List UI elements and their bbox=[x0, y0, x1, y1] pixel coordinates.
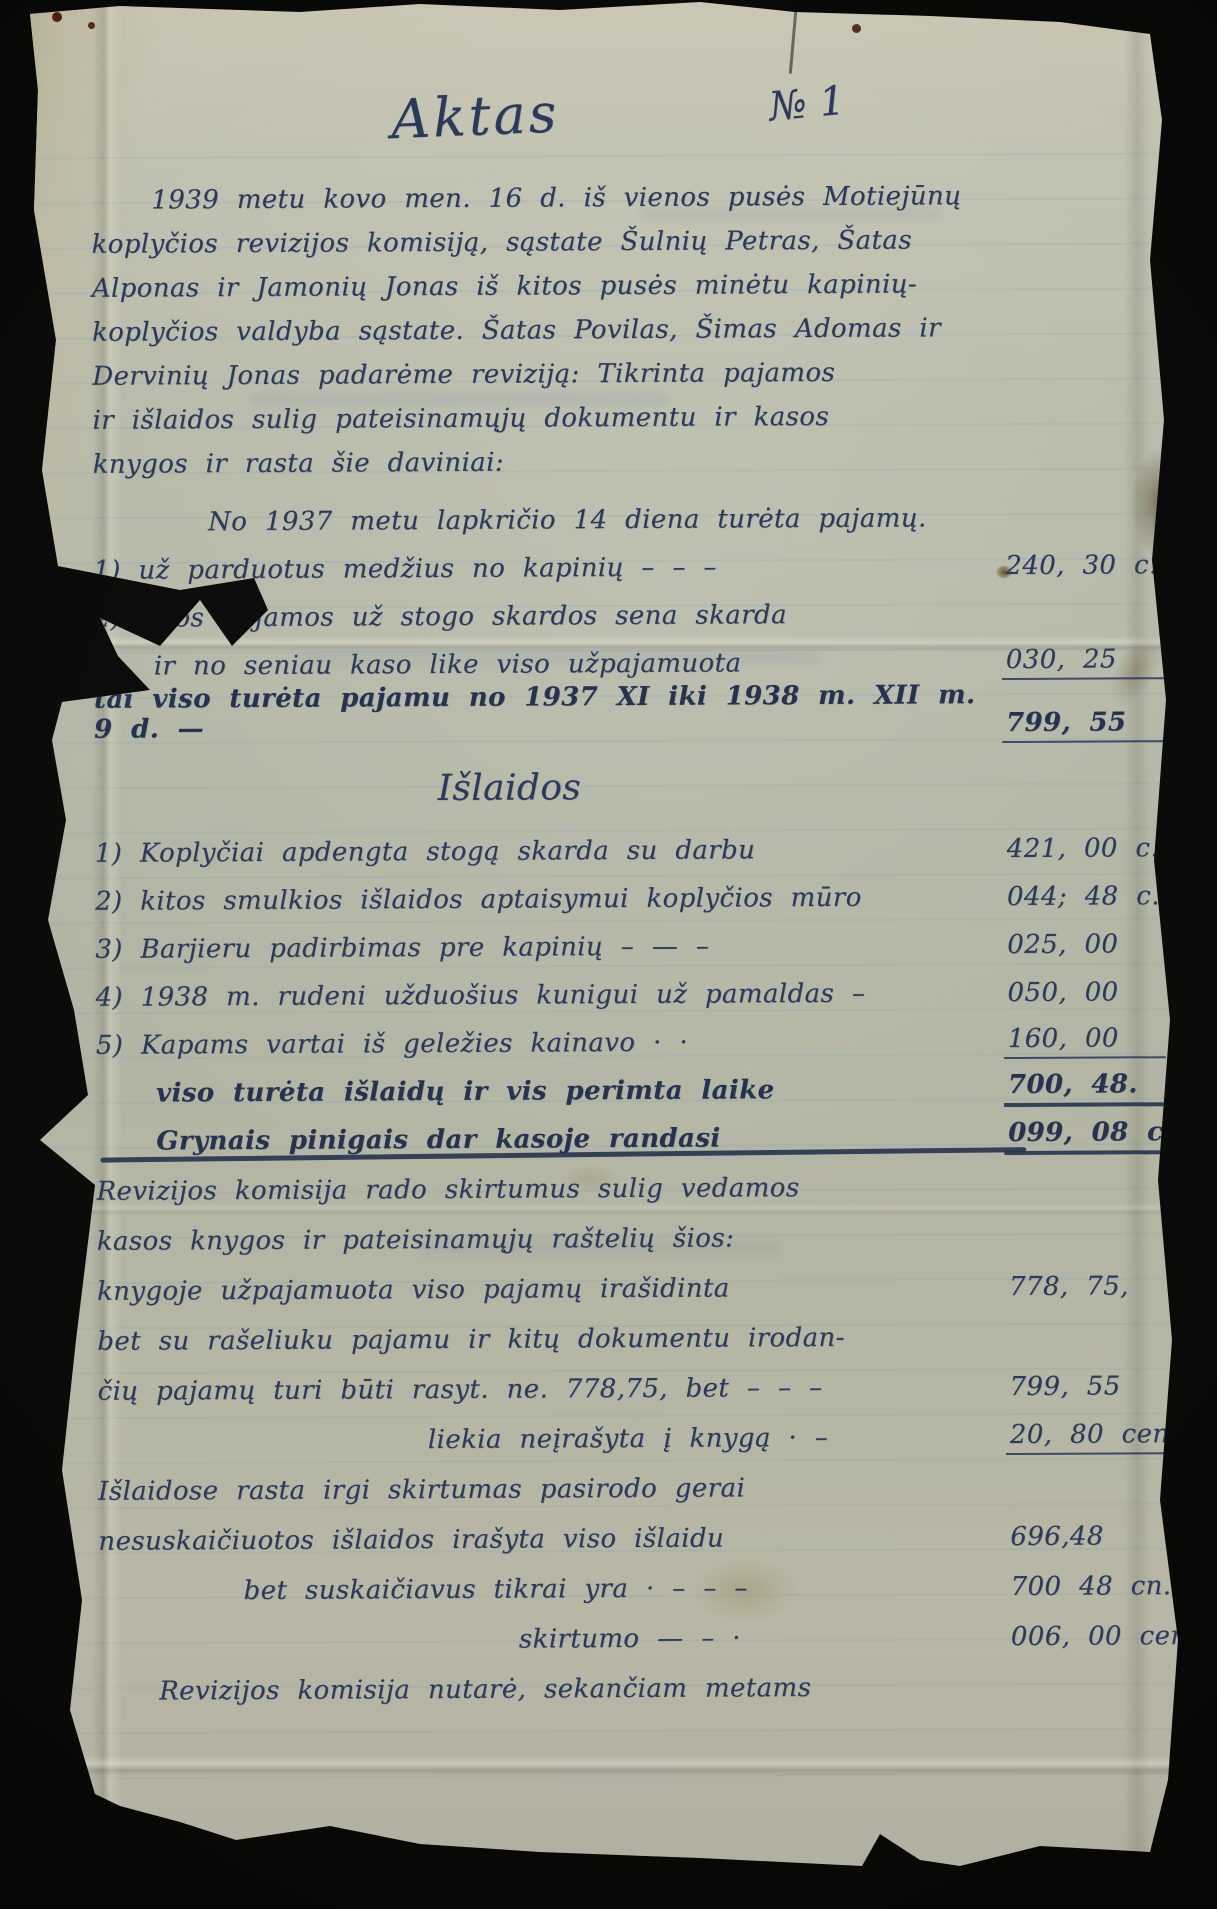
line-text: Revizijos komisija nutarė, sekančiam met… bbox=[99, 1671, 1169, 1710]
amount-value: 240, 30 c. bbox=[1001, 550, 1163, 584]
line-text: Revizijos komisija rado skirtumus sulig … bbox=[96, 1171, 1166, 1210]
handwritten-line: kasos knygos ir pateisinamųjų raštelių š… bbox=[97, 1204, 1167, 1260]
line-text: tai viso turėta pajamu no 1937 XI iki 19… bbox=[94, 680, 1002, 748]
line-text: Dervinių Jonas padarėme reviziją: Tikrin… bbox=[92, 356, 1162, 395]
handwritten-line: 2) kitos smulkios išlaidos aptaisymui ko… bbox=[95, 866, 1165, 920]
amount-value: 025, 00 bbox=[1003, 929, 1165, 963]
line-text: 2) kitos smulkios išlaidos aptaisymui ko… bbox=[95, 882, 1003, 920]
line-text: 5) Kapams vartai iš geležies kainavo · · bbox=[96, 1026, 1004, 1064]
handwritten-line: Išlaidose rasta irgi skirtumas pasirodo … bbox=[98, 1454, 1168, 1510]
handwritten-line: 3) Barjieru padirbimas pre kapinių – — –… bbox=[95, 914, 1165, 968]
handwritten-line: ir no seniau kaso like viso užpajamuota0… bbox=[94, 631, 1164, 685]
handwritten-line: bet suskaičiavus tikrai yra · – – –700 4… bbox=[98, 1554, 1168, 1610]
handwritten-line: Dervinių Jonas padarėme reviziją: Tikrin… bbox=[92, 345, 1162, 395]
amount-value: 044; 48 c. bbox=[1003, 881, 1165, 915]
line-text: čių pajamų turi būti rasyt. ne. 778,75, … bbox=[98, 1372, 1006, 1410]
line-text: 1) už parduotus medžius no kapinių – – – bbox=[93, 551, 1001, 589]
amount-value: 099, 08 cen bbox=[1004, 1117, 1166, 1155]
line-text: 2) kitos pajamos už stogo skardos sena s… bbox=[93, 598, 1163, 637]
amount-value: 799, 55 bbox=[1002, 707, 1164, 743]
handwritten-line: koplyčios revizijos komisiją, sąstate Šu… bbox=[91, 213, 1161, 263]
amount-value: 700, 48. bbox=[1004, 1069, 1166, 1107]
handwritten-line: Alponas ir Jamonių Jonas iš kitos pusės … bbox=[92, 257, 1162, 307]
line-text: Alponas ir Jamonių Jonas iš kitos pusės … bbox=[92, 268, 1162, 307]
document-page: Aktas № 1 1939 metu kovo men. 16 d. iš v… bbox=[0, 0, 1217, 1909]
amount-value: 421, 00 c. bbox=[1003, 833, 1165, 867]
handwritten-line: Grynais pinigais dar kasoje randasi099, … bbox=[96, 1106, 1166, 1160]
amount-value: 050, 00 bbox=[1003, 977, 1165, 1011]
line-text: 1) Koplyčiai apdengta stogą skarda su da… bbox=[95, 834, 1003, 872]
handwritten-line: ir išlaidos sulig pateisinamųjų dokument… bbox=[92, 389, 1162, 439]
line-text: 1939 metu kovo men. 16 d. iš vienos pusė… bbox=[91, 180, 1161, 219]
handwritten-line: 5) Kapams vartai iš geležies kainavo · ·… bbox=[96, 1010, 1166, 1064]
handwritten-line: 1939 metu kovo men. 16 d. iš vienos pusė… bbox=[91, 169, 1161, 219]
handwritten-line: čių pajamų turi būti rasyt. ne. 778,75, … bbox=[97, 1354, 1167, 1410]
line-text: 4) 1938 m. rudeni užduošius kunigui už p… bbox=[95, 978, 1003, 1016]
line-text: koplyčios revizijos komisiją, sąstate Šu… bbox=[92, 224, 1162, 263]
line-text: knygoje užpajamuota viso pajamų irašidin… bbox=[97, 1272, 1005, 1310]
document-body: 1939 metu kovo men. 16 d. iš vienos pusė… bbox=[91, 169, 1169, 1710]
line-text: bet su rašeliuku pajamu ir kitų dokument… bbox=[97, 1321, 1167, 1360]
handwritten-line: viso turėta išlaidų ir vis perimta laike… bbox=[96, 1058, 1166, 1112]
line-text: Išlaidose rasta irgi skirtumas pasirodo … bbox=[98, 1471, 1168, 1510]
handwritten-line: Revizijos komisija rado skirtumus sulig … bbox=[96, 1154, 1166, 1210]
line-text: Išlaidos bbox=[94, 764, 1164, 814]
line-text: bet suskaičiavus tikrai yra · – – – bbox=[99, 1572, 1007, 1610]
handwritten-line: knygoje užpajamuota viso pajamų irašidin… bbox=[97, 1254, 1167, 1310]
handwritten-line: Revizijos komisija nutarė, sekančiam met… bbox=[99, 1654, 1169, 1710]
handwritten-line: 1) už parduotus medžius no kapinių – – –… bbox=[93, 535, 1163, 589]
handwritten-line: koplyčios valdyba sąstate. Šatas Povilas… bbox=[92, 301, 1162, 351]
amount-value: 030, 25 bbox=[1002, 644, 1164, 680]
handwritten-line: 1) Koplyčiai apdengta stogą skarda su da… bbox=[95, 818, 1165, 872]
title-row: Aktas № 1 bbox=[91, 81, 1161, 169]
line-text: liekia neįrašyta į knygą · – bbox=[98, 1422, 1006, 1460]
handwritten-line: 4) 1938 m. rudeni užduošius kunigui už p… bbox=[95, 962, 1165, 1016]
line-text: koplyčios valdyba sąstate. Šatas Povilas… bbox=[92, 312, 1162, 351]
line-text: knygos ir rasta šie daviniai: bbox=[93, 444, 1163, 483]
line-text: viso turėta išlaidų ir vis perimta laike bbox=[96, 1074, 1004, 1112]
handwritten-content: Aktas № 1 1939 metu kovo men. 16 d. iš v… bbox=[91, 81, 1169, 1710]
handwritten-line: knygos ir rasta šie daviniai: bbox=[93, 433, 1163, 483]
line-text: kasos knygos ir pateisinamųjų raštelių š… bbox=[97, 1221, 1167, 1260]
handwritten-line: tai viso turėta pajamu no 1937 XI iki 19… bbox=[94, 679, 1164, 748]
amount-value: 696,48 bbox=[1006, 1521, 1168, 1555]
photo-background: Aktas № 1 1939 metu kovo men. 16 d. iš v… bbox=[0, 0, 1217, 1909]
handwritten-line: Išlaidos bbox=[94, 752, 1164, 814]
amount-value: 700 48 cn. bbox=[1007, 1571, 1169, 1605]
amount-value: 799, 55 bbox=[1006, 1371, 1168, 1405]
line-text: nesuskaičiuotos išlaidos irašyta viso iš… bbox=[98, 1522, 1006, 1560]
line-text: skirtumo — – · bbox=[99, 1622, 1007, 1660]
line-text: 3) Barjieru padirbimas pre kapinių – — – bbox=[95, 930, 1003, 968]
page-number: № 1 bbox=[767, 78, 847, 131]
amount-value: 006, 00 cen bbox=[1007, 1621, 1169, 1655]
handwritten-line: No 1937 metu lapkričio 14 diena turėta p… bbox=[93, 487, 1163, 541]
amount-value: 160, 00 bbox=[1004, 1023, 1166, 1059]
document-title: Aktas bbox=[390, 81, 561, 151]
line-text: ir išlaidos sulig pateisinamųjų dokument… bbox=[92, 400, 1162, 439]
amount-value: 778, 75, bbox=[1005, 1271, 1167, 1305]
handwritten-line: skirtumo — – ·006, 00 cen bbox=[99, 1604, 1169, 1660]
handwritten-line: liekia neįrašyta į knygą · –20, 80 cen bbox=[98, 1404, 1168, 1460]
handwritten-line: bet su rašeliuku pajamu ir kitų dokument… bbox=[97, 1304, 1167, 1360]
line-text: ir no seniau kaso like viso užpajamuota bbox=[94, 647, 1002, 685]
line-text: Grynais pinigais dar kasoje randasi bbox=[96, 1122, 1004, 1160]
amount-value: 20, 80 cen bbox=[1006, 1419, 1168, 1455]
handwritten-line: 2) kitos pajamos už stogo skardos sena s… bbox=[93, 583, 1163, 637]
line-text: No 1937 metu lapkričio 14 diena turėta p… bbox=[93, 502, 1163, 541]
handwritten-line: nesuskaičiuotos išlaidos irašyta viso iš… bbox=[98, 1504, 1168, 1560]
